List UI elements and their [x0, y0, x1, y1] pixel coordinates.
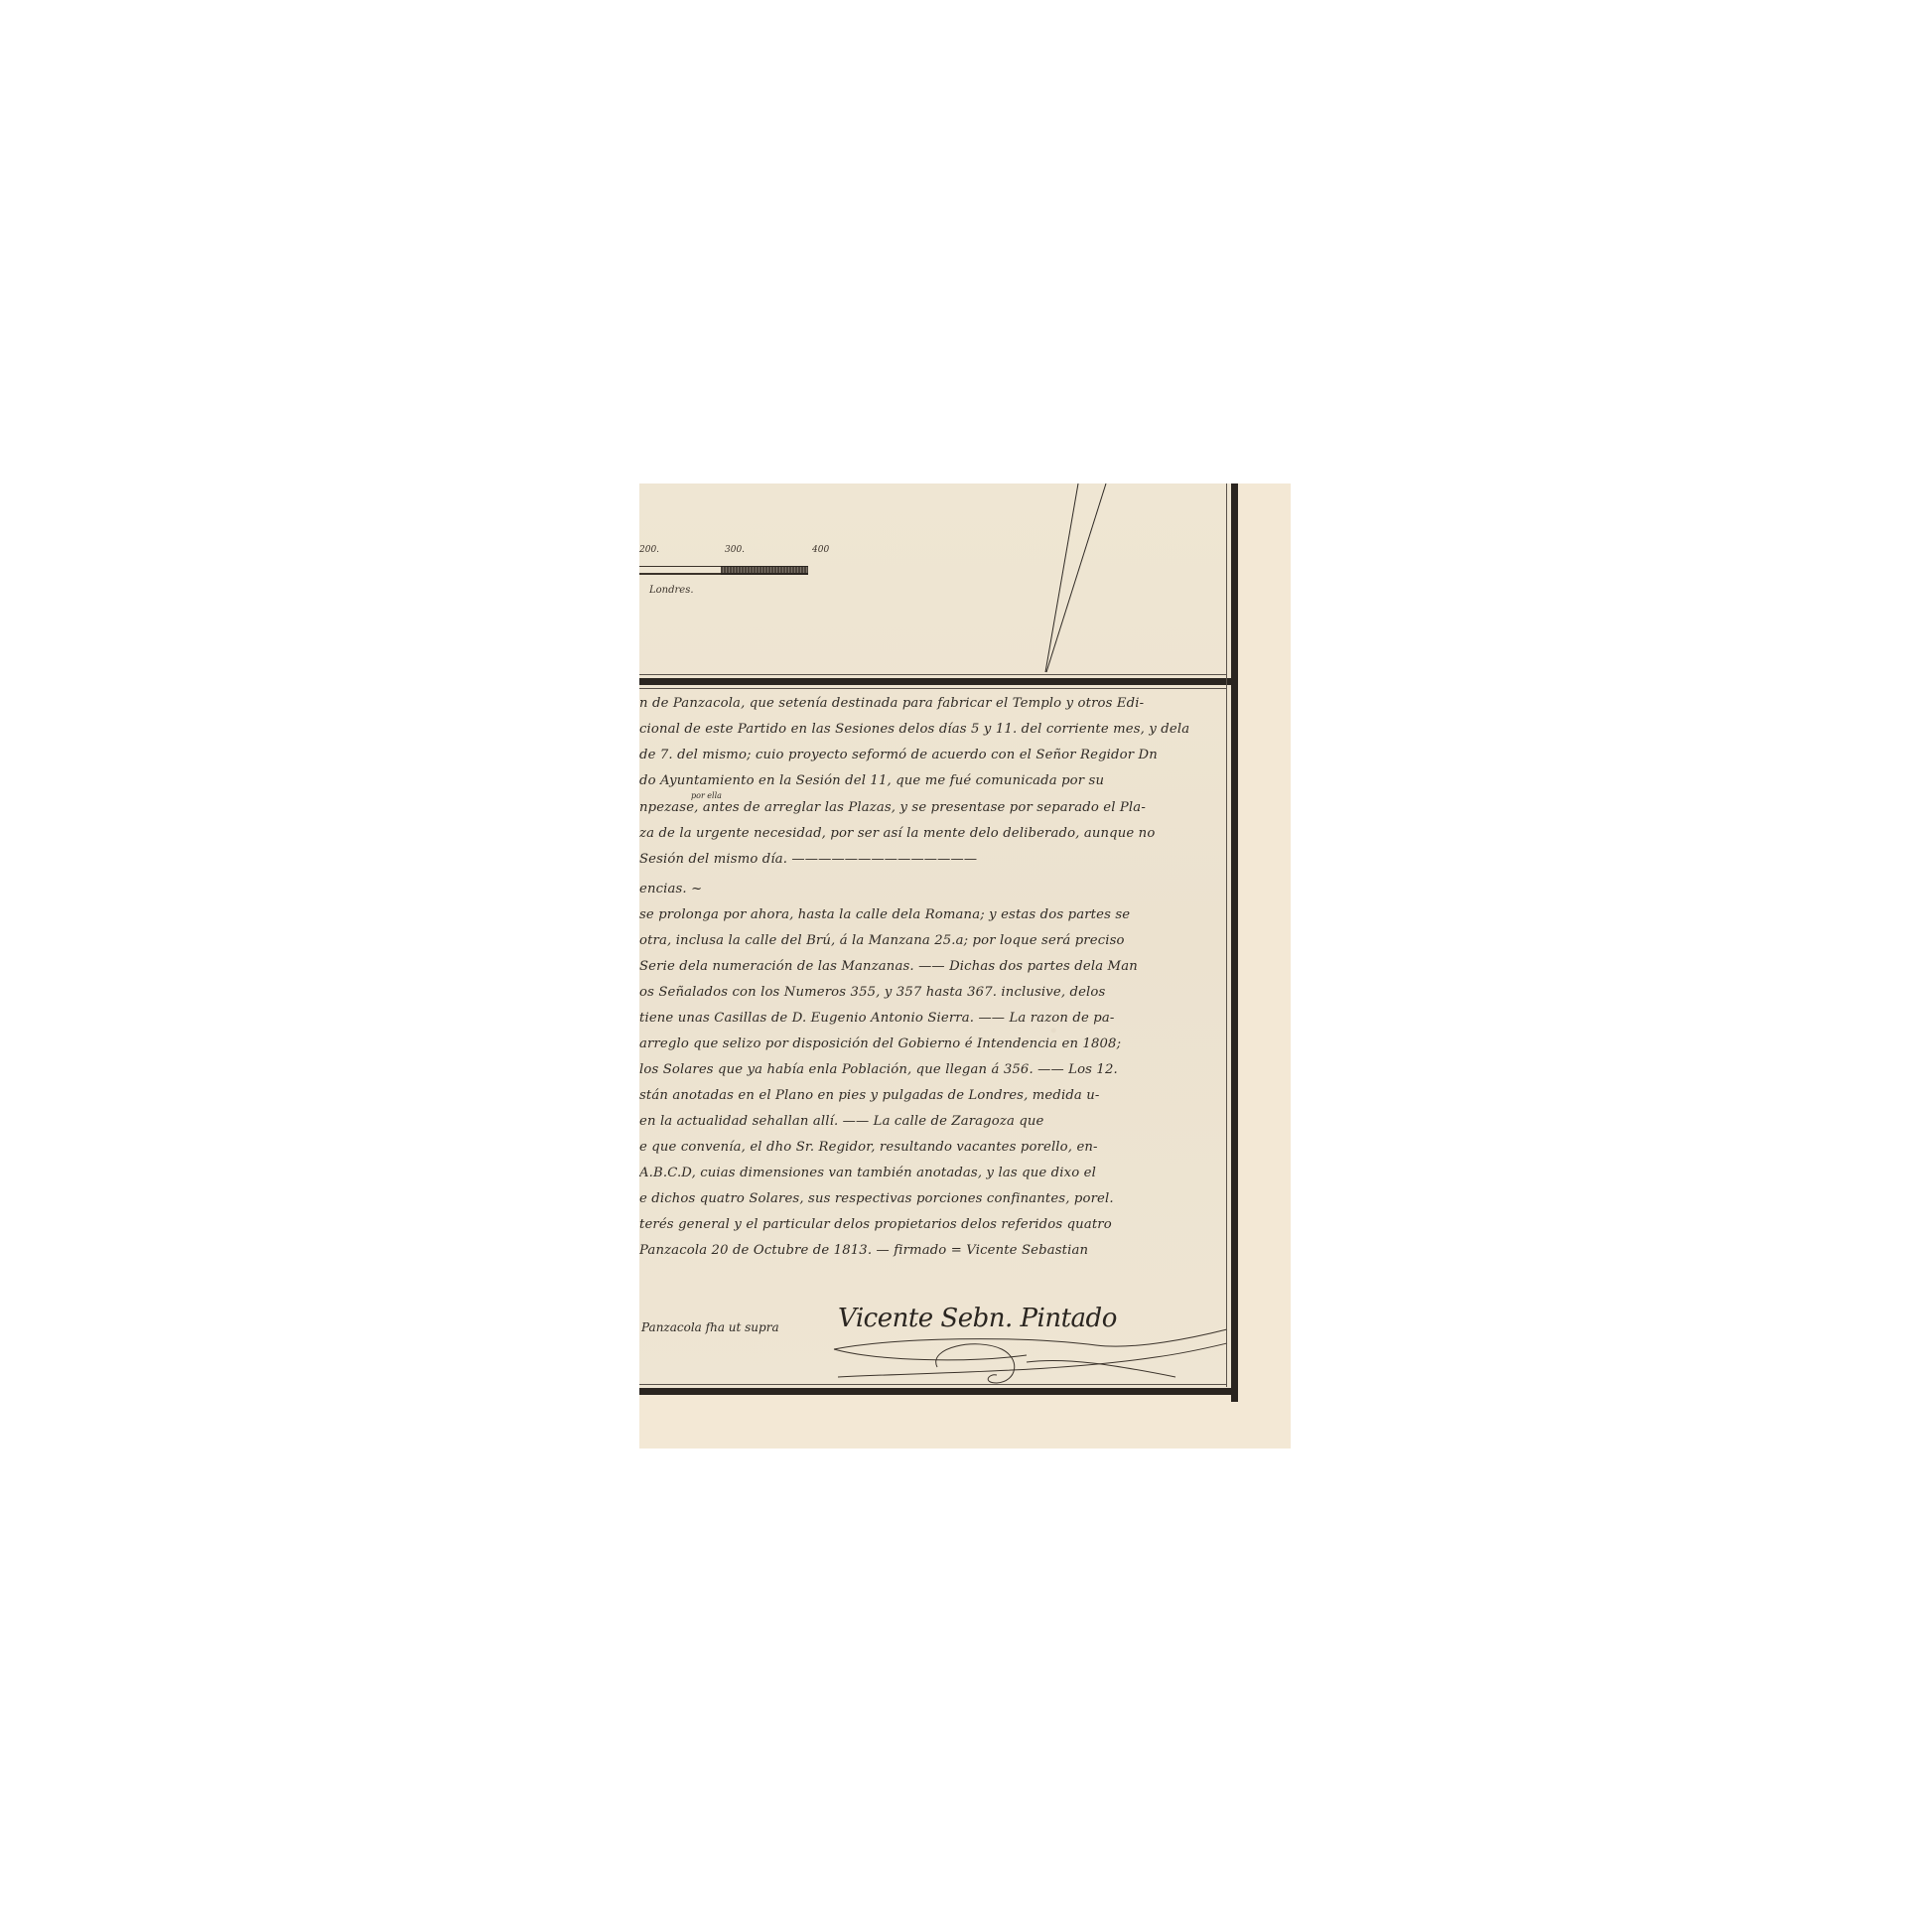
- text-line: cional de este Partido en las Sesiones d…: [639, 722, 1223, 737]
- text-line: otra, inclusa la calle del Brú, á la Man…: [639, 933, 1223, 948]
- text-line: stán anotadas en el Plano en pies y pulg…: [639, 1088, 1223, 1103]
- manuscript-sheet: 200. 300. 400 Londres. n de Panzacola, q…: [639, 483, 1231, 1395]
- signature-place-line: Panzacola fha ut supra: [641, 1320, 779, 1334]
- frame-inner-line: [639, 1384, 1227, 1385]
- text-line: Panzacola 20 de Octubre de 1813. — firma…: [639, 1243, 1223, 1258]
- frame-divider-line: [639, 688, 1227, 689]
- text-line: n de Panzacola, que setenía destinada pa…: [639, 696, 1223, 711]
- text-line: do Ayuntamiento en la Sesión del 11, que…: [639, 773, 1223, 788]
- interlinear-note: por ella: [691, 791, 722, 800]
- text-line: tiene unas Casillas de D. Eugenio Antoni…: [639, 1011, 1223, 1026]
- text-line: los Solares que ya había enla Población,…: [639, 1062, 1223, 1077]
- text-line: en la actualidad sehallan allí. —— La ca…: [639, 1114, 1223, 1129]
- document-mat: 200. 300. 400 Londres. n de Panzacola, q…: [639, 483, 1291, 1449]
- text-line: e que convenía, el dho Sr. Regidor, resu…: [639, 1140, 1223, 1155]
- text-line: terés general y el particular delos prop…: [639, 1217, 1223, 1232]
- text-line: A.B.C.D, cuias dimensiones van también a…: [639, 1166, 1223, 1180]
- text-line: se prolonga por ahora, hasta la calle de…: [639, 907, 1223, 922]
- text-line: de 7. del mismo; cuio proyecto seformó d…: [639, 748, 1223, 762]
- frame-divider-line: [639, 674, 1227, 675]
- text-line: os Señalados con los Numeros 355, y 357 …: [639, 985, 1223, 1000]
- frame-inner-line: [1226, 483, 1227, 1387]
- text-line: npezase, antes de arreglar las Plazas, y…: [639, 800, 1223, 815]
- manuscript-text: n de Panzacola, que setenía destinada pa…: [639, 696, 1223, 1371]
- text-line: arreglo que selizo por disposición del G…: [639, 1036, 1223, 1051]
- text-line: Sesión del mismo día. ——————————————: [639, 852, 1223, 867]
- text-line: e dichos quatro Solares, sus respectivas…: [639, 1191, 1223, 1206]
- map-survey-lines: [639, 483, 1227, 674]
- text-line: encias. ~: [639, 882, 1223, 897]
- text-line: Serie dela numeración de las Manzanas. —…: [639, 959, 1223, 974]
- signature: Vicente Sebn. Pintado: [838, 1304, 1117, 1333]
- frame-border-right: [1231, 483, 1238, 1402]
- map-section: 200. 300. 400 Londres.: [639, 483, 1227, 674]
- frame-border-bottom: [639, 1388, 1238, 1395]
- text-line: za de la urgente necesidad, por ser así …: [639, 826, 1223, 841]
- frame-divider-bar: [639, 678, 1231, 685]
